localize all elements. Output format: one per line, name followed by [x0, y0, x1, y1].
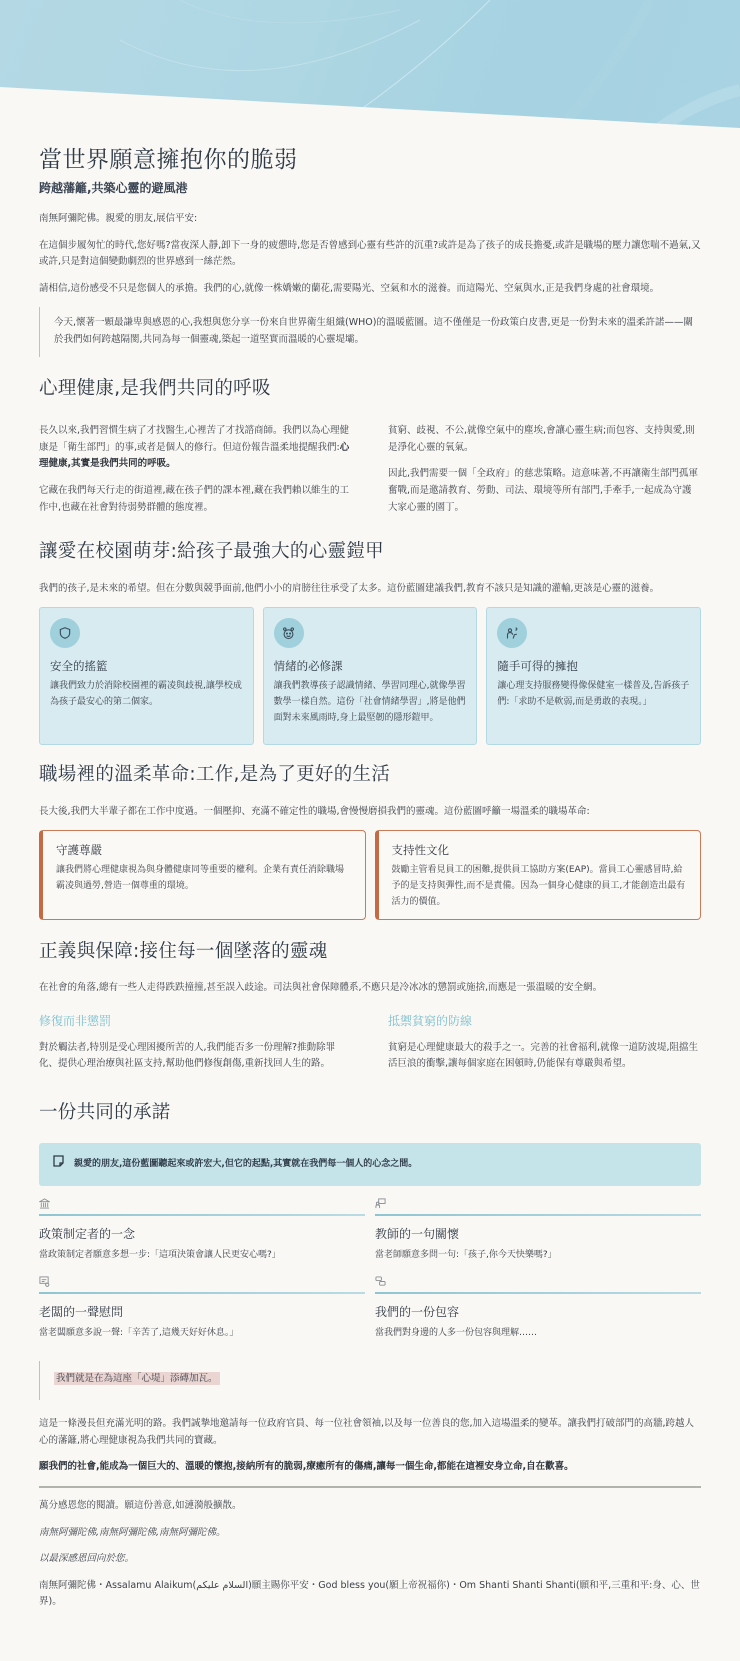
note-icon — [53, 1155, 64, 1174]
item-text: 當老闆願意多說一聲:「辛苦了,這幾天好好休息。」 — [39, 1326, 365, 1342]
card-title: 安全的搖籃 — [50, 656, 243, 676]
heart-dam-blockquote: 我們就是在為這座「心堤」添磚加瓦。 — [39, 1361, 701, 1400]
item-title: 政策制定者的一念 — [39, 1224, 365, 1245]
item-title: 我們的一份包容 — [375, 1302, 701, 1323]
left-column: 修復而非懲罰 對於觸法者,特別是受心理困擾所苦的人,我們能否多一份理解?推動除罪… — [39, 1011, 352, 1083]
subheading-restorative: 修復而非懲罰 — [39, 1011, 352, 1032]
shield-icon — [50, 618, 80, 648]
justice-intro: 在社會的角落,總有一些人走得跌跌撞撞,甚至誤入歧途。司法與社會保障體系,不應只是… — [39, 980, 701, 997]
wave-decoration — [0, 0, 740, 128]
blessings-text: 南無阿彌陀佛・Assalamu Alaikum(السلام عليكم)願主賜… — [39, 1578, 701, 1611]
teacher-icon — [375, 1198, 701, 1212]
card-title: 情緒的必修課 — [274, 656, 467, 676]
intro-paragraph-2: 請相信,這份感受不只是您個人的承擔。我們的心,就像一株嬌嫩的蘭花,需要陽光、空氣… — [39, 281, 701, 298]
child-face-icon — [274, 618, 304, 648]
breath-text: 長久以來,我們習慣生病了才找醫生,心裡苦了才找諮商師。我們以為心理健康是「衛生部… — [39, 425, 349, 453]
card-emotion-class: 情緒的必修課 讓我們教導孩子認識情緒、學習同理心,就像學習數學一樣自然。這份「社… — [263, 607, 478, 745]
subheading-poverty: 抵禦貧窮的防線 — [388, 1011, 701, 1032]
page-subtitle: 跨越藩籬,共築心靈的避風港 — [39, 178, 701, 199]
poverty-text: 貧窮是心理健康最大的殺手之一。完善的社會福利,就像一道防波堤,阻擋生活巨浪的衝擊… — [388, 1040, 701, 1073]
closing-wish: 願我們的社會,能成為一個巨大的、溫暖的懷抱,接納所有的脆弱,療癒所有的傷痛,讓每… — [39, 1459, 701, 1476]
breath-paragraph-2: 它藏在我們每天行走的街道裡,藏在孩子們的課本裡,藏在我們賴以維生的工作中,也藏在… — [39, 483, 352, 516]
promise-item-boss: 老闆的一聲慰問 當老闆願意多說一聲:「辛苦了,這幾天好好休息。」 — [39, 1276, 365, 1350]
right-column: 貧窮、歧視、不公,就像空氣中的塵埃,會讓心靈生病;而包容、支持與愛,則是淨化心靈… — [388, 423, 701, 526]
card-text: 鼓勵主管看見員工的困難,提供員工協助方案(EAP)。當員工心靈感冒時,給予的是支… — [392, 863, 689, 910]
right-column: 抵禦貧窮的防線 貧窮是心理健康最大的殺手之一。完善的社會福利,就像一道防波堤,阻… — [388, 1011, 701, 1083]
breath-paragraph-3: 貧窮、歧視、不公,就像空氣中的塵埃,會讓心靈生病;而包容、支持與愛,則是淨化心靈… — [388, 423, 701, 456]
card-title: 守護尊嚴 — [56, 840, 353, 860]
callout-text: 親愛的朋友,這份藍圖聽起來或許宏大,但它的起點,其實就在我們每一個人的心念之間。 — [74, 1157, 417, 1173]
intro-paragraph-1: 在這個步履匆忙的時代,您好嗎?當夜深人靜,卸下一身的疲憊時,您是否曾感到心靈有些… — [39, 238, 701, 271]
section-heading-breath: 心理健康,是我們共同的呼吸 — [39, 373, 701, 405]
card-title: 支持性文化 — [392, 840, 689, 860]
promise-item-policymaker: 政策制定者的一念 當政策制定者願意多想一步:「這項決策會讓人民更安心嗎?」 — [39, 1198, 365, 1272]
card-accessible-hug: 隨手可得的擁抱 讓心理支持服務變得像保健室一樣普及,告訴孩子們:「求助不是軟弱,… — [486, 607, 701, 745]
divider — [39, 1214, 365, 1216]
bank-icon — [39, 1198, 365, 1212]
restorative-text: 對於觸法者,特別是受心理困擾所苦的人,我們能否多一份理解?推動除罪化、提供心理治… — [39, 1040, 352, 1073]
office-icon — [39, 1276, 365, 1290]
card-protect-dignity: 守護尊嚴 讓我們將心理健康視為與身體健康同等重要的權利。企業有責任消除職場霸凌與… — [39, 830, 366, 919]
intro-quote-text: 今天,懷著一顆最謙卑與感恩的心,我想與您分享一份來自世界衛生組織(WHO)的溫暖… — [54, 317, 693, 345]
workplace-cards: 守護尊嚴 讓我們將心理健康視為與身體健康同等重要的權利。企業有責任消除職場霸凌與… — [39, 830, 701, 919]
intro-blockquote: 今天,懷著一顆最謙卑與感恩的心,我想與您分享一份來自世界衛生組織(WHO)的溫暖… — [39, 307, 701, 356]
people-help-icon — [497, 618, 527, 648]
divider — [39, 1292, 365, 1294]
school-intro: 我們的孩子,是未來的希望。但在分數與競爭面前,他們小小的肩膀往往承受了太多。這份… — [39, 581, 701, 598]
card-text: 讓我們將心理健康視為與身體健康同等重要的權利。企業有責任消除職場霸凌與過勞,營造… — [56, 863, 353, 895]
footer-divider — [39, 1486, 701, 1488]
section-heading-justice: 正義與保障:接住每一個墜落的靈魂 — [39, 936, 701, 968]
promise-item-teacher: 教師的一句關懷 當老師願意多問一句:「孩子,你今天快樂嗎?」 — [375, 1198, 701, 1272]
workplace-intro: 長大後,我們大半輩子都在工作中度過。一個壓抑、充滿不確定性的職場,會慢慢磨損我們… — [39, 804, 701, 821]
card-safe-cradle: 安全的搖籃 讓我們致力於消除校園裡的霸凌與歧視,讓學校成為孩子最安心的第二個家。 — [39, 607, 254, 745]
handshake-icon — [375, 1276, 701, 1290]
promise-grid: 政策制定者的一念 當政策制定者願意多想一步:「這項決策會讓人民更安心嗎?」 教師… — [39, 1198, 701, 1350]
card-text: 讓我們教導孩子認識情緒、學習同理心,就像學習數學一樣自然。這份「社會情緒學習」,… — [274, 679, 467, 726]
page-title: 當世界願意擁抱你的脆弱 — [39, 146, 701, 176]
chant-italic: 南無阿彌陀佛,南無阿彌陀佛,南無阿彌陀佛。 — [39, 1527, 226, 1538]
divider — [375, 1214, 701, 1216]
thanks-text: 萬分感恩您的閱讀。願這份善意,如漣漪般擴散。 — [39, 1498, 701, 1515]
card-text: 讓我們致力於消除校園裡的霸凌與歧視,讓學校成為孩子最安心的第二個家。 — [50, 679, 243, 711]
section-heading-school: 讓愛在校園萌芽:給孩子最強大的心靈鎧甲 — [39, 536, 701, 568]
letter-page: 當世界願意擁抱你的脆弱 跨越藩籬,共築心靈的避風港 南無阿彌陀佛。親愛的朋友,展… — [0, 146, 740, 1661]
item-text: 當老師願意多問一句:「孩子,你今天快樂嗎?」 — [375, 1248, 701, 1264]
card-supportive-culture: 支持性文化 鼓勵主管看見員工的困難,提供員工協助方案(EAP)。當員工心靈感冒時… — [375, 830, 702, 919]
divider — [375, 1292, 701, 1294]
school-cards: 安全的搖籃 讓我們致力於消除校園裡的霸凌與歧視,讓學校成為孩子最安心的第二個家。… — [39, 607, 701, 745]
dedication-text: 以最深感恩回向於您。 — [39, 1551, 701, 1568]
section-heading-workplace: 職場裡的溫柔革命:工作,是為了更好的生活 — [39, 759, 701, 791]
item-text: 當我們對身邊的人多一份包容與理解…… — [375, 1326, 701, 1342]
hero-banner — [0, 0, 740, 128]
chant-text: 南無阿彌陀佛,南無阿彌陀佛,南無阿彌陀佛。 — [39, 1525, 701, 1542]
card-text: 讓心理支持服務變得像保健室一樣普及,告訴孩子們:「求助不是軟弱,而是勇敢的表現。… — [497, 679, 690, 711]
section-breath-columns: 長久以來,我們習慣生病了才找醫生,心裡苦了才找諮商師。我們以為心理健康是「衛生部… — [39, 423, 701, 526]
left-column: 長久以來,我們習慣生病了才找醫生,心裡苦了才找諮商師。我們以為心理健康是「衛生部… — [39, 423, 352, 526]
dedication-italic: 以最深感恩回向於您。 — [39, 1553, 134, 1564]
promise-callout: 親愛的朋友,這份藍圖聽起來或許宏大,但它的起點,其實就在我們每一個人的心念之間。 — [39, 1143, 701, 1186]
section-heading-promise: 一份共同的承諾 — [39, 1097, 701, 1129]
breath-paragraph-4: 因此,我們需要一個「全政府」的慈悲策略。這意味著,不再讓衛生部門孤軍奮戰,而是邀… — [388, 466, 701, 516]
card-title: 隨手可得的擁抱 — [497, 656, 690, 676]
item-text: 當政策制定者願意多想一步:「這項決策會讓人民更安心嗎?」 — [39, 1248, 365, 1264]
item-title: 老闆的一聲慰問 — [39, 1302, 365, 1323]
breath-paragraph-1: 長久以來,我們習慣生病了才找醫生,心裡苦了才找諮商師。我們以為心理健康是「衛生部… — [39, 423, 352, 473]
promise-item-us: 我們的一份包容 當我們對身邊的人多一份包容與理解…… — [375, 1276, 701, 1350]
highlighted-quote: 我們就是在為這座「心堤」添磚加瓦。 — [54, 1372, 220, 1385]
greeting: 南無阿彌陀佛。親愛的朋友,展信平安: — [39, 211, 701, 228]
item-title: 教師的一句關懷 — [375, 1224, 701, 1245]
closing-paragraph: 這是一條漫長但充滿光明的路。我們誠摯地邀請每一位政府官員、每一位社會領袖,以及每… — [39, 1416, 701, 1449]
justice-columns: 修復而非懲罰 對於觸法者,特別是受心理困擾所苦的人,我們能否多一份理解?推動除罪… — [39, 1011, 701, 1083]
